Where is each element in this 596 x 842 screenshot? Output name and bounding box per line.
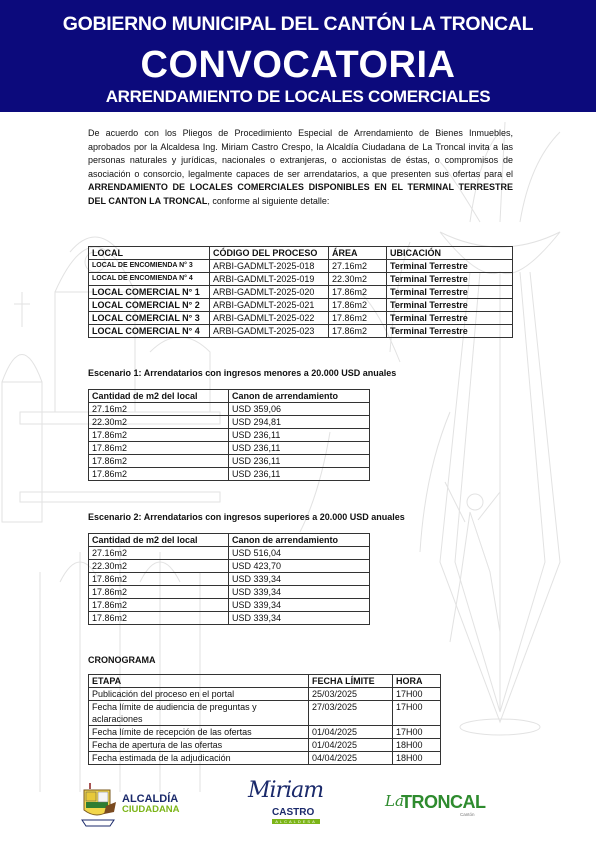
- area: 17.86m2: [329, 325, 387, 338]
- table-row: Fecha límite de recepción de las ofertas…: [89, 726, 441, 739]
- table-row: 17.86m2USD 236,11: [89, 442, 370, 455]
- alcaldesa-label: ALCALDESA: [272, 819, 320, 824]
- alcaldia-ciudadana-logo: ALCALDÍA CIUDADANA: [80, 782, 190, 830]
- rent-amount: USD 339,34: [229, 612, 370, 625]
- stage: Publicación del proceso en el portal: [89, 688, 309, 701]
- table-row: 22.30m2USD 294,81: [89, 416, 370, 429]
- location: Terminal Terrestre: [387, 325, 513, 338]
- local-name: LOCAL DE ENCOMIENDA N° 3: [89, 260, 210, 273]
- intro-text-end: , conforme al siguiente detalle:: [207, 196, 329, 206]
- schedule-title: CRONOGRAMA: [88, 655, 156, 665]
- column-header: UBICACIÓN: [387, 247, 513, 260]
- process-code: ARBI-GADMLT-2025-019: [210, 273, 329, 286]
- table-row: 17.86m2USD 339,34: [89, 586, 370, 599]
- location: Terminal Terrestre: [387, 312, 513, 325]
- column-header: Canon de arrendamiento: [229, 534, 370, 547]
- deadline-date: 27/03/2025: [309, 701, 393, 726]
- table-row: 27.16m2USD 516,04: [89, 547, 370, 560]
- area: 17.86m2: [89, 599, 229, 612]
- intro-text: De acuerdo con los Pliegos de Procedimie…: [88, 128, 513, 179]
- table-row: 17.86m2USD 236,11: [89, 468, 370, 481]
- table-row: LOCAL DE ENCOMIENDA N° 4 ARBI-GADMLT-202…: [89, 273, 513, 286]
- rent-amount: USD 236,11: [229, 442, 370, 455]
- deadline-time: 17H00: [393, 726, 441, 739]
- table-row: Publicación del proceso en el portal25/0…: [89, 688, 441, 701]
- rent-amount: USD 236,11: [229, 455, 370, 468]
- rent-amount: USD 423,70: [229, 560, 370, 573]
- header-government-title: GOBIERNO MUNICIPAL DEL CANTÓN LA TRONCAL: [0, 13, 596, 36]
- header-main-title: CONVOCATORIA: [0, 44, 596, 86]
- area: 22.30m2: [89, 416, 229, 429]
- deadline-date: 25/03/2025: [309, 688, 393, 701]
- process-code: ARBI-GADMLT-2025-023: [210, 325, 329, 338]
- stage: Fecha límite de recepción de las ofertas: [89, 726, 309, 739]
- troncal-word: TRONCAL: [401, 792, 486, 813]
- deadline-time: 17H00: [393, 688, 441, 701]
- locales-table: LOCAL CÓDIGO DEL PROCESO ÁREA UBICACIÓN …: [88, 246, 513, 338]
- rent-amount: USD 339,34: [229, 586, 370, 599]
- table-header-row: ETAPA FECHA LÍMITE HORA: [89, 675, 441, 688]
- alcaldia-line2: CIUDADANA: [122, 805, 180, 815]
- castro-name: CASTRO: [272, 807, 314, 818]
- la-troncal-logo: La TRONCAL Cantón: [385, 786, 500, 826]
- area: 17.86m2: [329, 312, 387, 325]
- rent-amount: USD 294,81: [229, 416, 370, 429]
- area: 17.86m2: [89, 442, 229, 455]
- column-header: ÁREA: [329, 247, 387, 260]
- process-code: ARBI-GADMLT-2025-018: [210, 260, 329, 273]
- rent-amount: USD 359,06: [229, 403, 370, 416]
- area: 22.30m2: [329, 273, 387, 286]
- area: 17.86m2: [329, 286, 387, 299]
- intro-paragraph: De acuerdo con los Pliegos de Procedimie…: [88, 127, 513, 209]
- column-header: ETAPA: [89, 675, 309, 688]
- column-header: Canon de arrendamiento: [229, 390, 370, 403]
- table-row: LOCAL COMERCIAL N° 1 ARBI-GADMLT-2025-02…: [89, 286, 513, 299]
- location: Terminal Terrestre: [387, 299, 513, 312]
- table-row: LOCAL DE ENCOMIENDA N° 3 ARBI-GADMLT-202…: [89, 260, 513, 273]
- coat-of-arms-icon: [80, 782, 118, 828]
- rent-amount: USD 339,34: [229, 599, 370, 612]
- table-row: 17.86m2USD 339,34: [89, 612, 370, 625]
- deadline-time: 18H00: [393, 739, 441, 752]
- area: 27.16m2: [89, 547, 229, 560]
- table-row: 22.30m2USD 423,70: [89, 560, 370, 573]
- rent-amount: USD 339,34: [229, 573, 370, 586]
- table-row: Fecha de apertura de las ofertas01/04/20…: [89, 739, 441, 752]
- process-code: ARBI-GADMLT-2025-022: [210, 312, 329, 325]
- deadline-date: 01/04/2025: [309, 739, 393, 752]
- area: 27.16m2: [89, 403, 229, 416]
- deadline-time: 18H00: [393, 752, 441, 765]
- column-header: CÓDIGO DEL PROCESO: [210, 247, 329, 260]
- miriam-script: Miriam: [248, 778, 323, 803]
- table-row: 17.86m2USD 236,11: [89, 429, 370, 442]
- table-row: LOCAL COMERCIAL N° 2 ARBI-GADMLT-2025-02…: [89, 299, 513, 312]
- table-row: 17.86m2USD 339,34: [89, 573, 370, 586]
- column-header: HORA: [393, 675, 441, 688]
- area: 17.86m2: [89, 468, 229, 481]
- location: Terminal Terrestre: [387, 260, 513, 273]
- table-row: LOCAL COMERCIAL N° 3 ARBI-GADMLT-2025-02…: [89, 312, 513, 325]
- area: 27.16m2: [329, 260, 387, 273]
- deadline-time: 17H00: [393, 701, 441, 726]
- stage: Fecha estimada de la adjudicación: [89, 752, 309, 765]
- rent-amount: USD 236,11: [229, 429, 370, 442]
- footer-logos: ALCALDÍA CIUDADANA Miriam CASTRO ALCALDE…: [0, 778, 596, 833]
- local-name: LOCAL COMERCIAL N° 1: [89, 286, 210, 299]
- deadline-date: 01/04/2025: [309, 726, 393, 739]
- area: 17.86m2: [89, 586, 229, 599]
- deadline-date: 04/04/2025: [309, 752, 393, 765]
- header-banner: GOBIERNO MUNICIPAL DEL CANTÓN LA TRONCAL…: [0, 0, 596, 112]
- table-row: 17.86m2USD 236,11: [89, 455, 370, 468]
- column-header: LOCAL: [89, 247, 210, 260]
- process-code: ARBI-GADMLT-2025-020: [210, 286, 329, 299]
- schedule-table: ETAPA FECHA LÍMITE HORA Publicación del …: [88, 674, 441, 765]
- area: 17.86m2: [89, 612, 229, 625]
- header-subtitle: ARRENDAMIENTO DE LOCALES COMERCIALES: [0, 87, 596, 107]
- area: 22.30m2: [89, 560, 229, 573]
- process-code: ARBI-GADMLT-2025-021: [210, 299, 329, 312]
- scenario-1-title: Escenario 1: Arrendatarios con ingresos …: [88, 368, 396, 378]
- miriam-castro-logo: Miriam CASTRO ALCALDESA: [248, 778, 338, 828]
- table-row: 27.16m2USD 359,06: [89, 403, 370, 416]
- column-header: FECHA LÍMITE: [309, 675, 393, 688]
- local-name: LOCAL COMERCIAL N° 3: [89, 312, 210, 325]
- table-row: LOCAL COMERCIAL N° 4 ARBI-GADMLT-2025-02…: [89, 325, 513, 338]
- stage: Fecha límite de audiencia de preguntas y…: [89, 701, 309, 726]
- scenario-2-table: Cantidad de m2 del local Canon de arrend…: [88, 533, 370, 625]
- location: Terminal Terrestre: [387, 286, 513, 299]
- scenario-2-title: Escenario 2: Arrendatarios con ingresos …: [88, 512, 405, 522]
- column-header: Cantidad de m2 del local: [89, 390, 229, 403]
- table-row: 17.86m2USD 339,34: [89, 599, 370, 612]
- area: 17.86m2: [329, 299, 387, 312]
- local-name: LOCAL COMERCIAL N° 4: [89, 325, 210, 338]
- table-row: Fecha límite de audiencia de preguntas y…: [89, 701, 441, 726]
- area: 17.86m2: [89, 455, 229, 468]
- area: 17.86m2: [89, 573, 229, 586]
- location: Terminal Terrestre: [387, 273, 513, 286]
- canton-tagline: Cantón: [460, 812, 475, 817]
- table-header-row: Cantidad de m2 del local Canon de arrend…: [89, 390, 370, 403]
- table-header-row: Cantidad de m2 del local Canon de arrend…: [89, 534, 370, 547]
- rent-amount: USD 236,11: [229, 468, 370, 481]
- scenario-1-table: Cantidad de m2 del local Canon de arrend…: [88, 389, 370, 481]
- stage: Fecha de apertura de las ofertas: [89, 739, 309, 752]
- local-name: LOCAL COMERCIAL N° 2: [89, 299, 210, 312]
- table-header-row: LOCAL CÓDIGO DEL PROCESO ÁREA UBICACIÓN: [89, 247, 513, 260]
- table-row: Fecha estimada de la adjudicación04/04/2…: [89, 752, 441, 765]
- area: 17.86m2: [89, 429, 229, 442]
- local-name: LOCAL DE ENCOMIENDA N° 4: [89, 273, 210, 286]
- column-header: Cantidad de m2 del local: [89, 534, 229, 547]
- rent-amount: USD 516,04: [229, 547, 370, 560]
